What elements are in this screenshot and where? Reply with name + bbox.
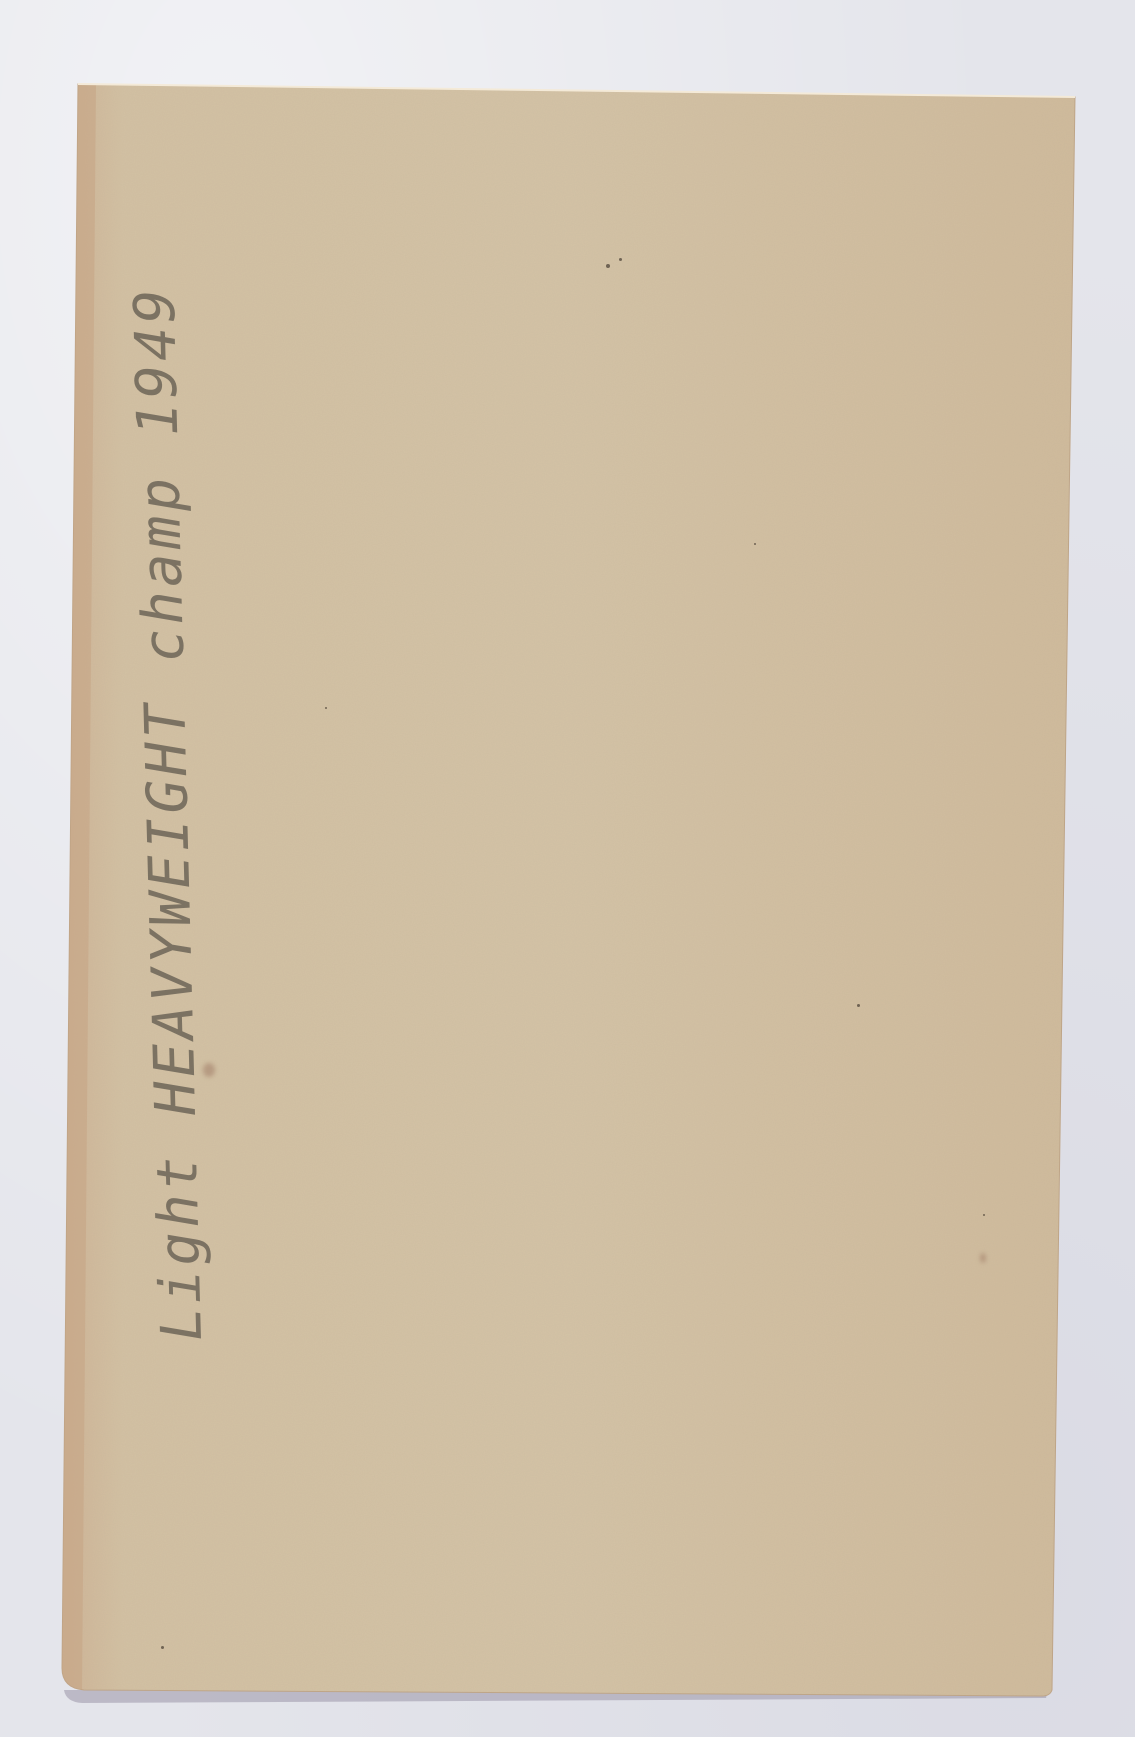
- card-back: Light HEAVYWEIGHT champ 1949: [0, 0, 1135, 1737]
- paper-speck: [754, 543, 756, 545]
- paper-speck: [983, 1214, 985, 1216]
- paper-speck: [619, 258, 622, 261]
- paper-stain: [980, 1253, 986, 1263]
- paper-speck: [161, 1646, 164, 1649]
- paper-speck: [606, 264, 610, 268]
- paper-speck: [857, 1004, 860, 1007]
- paper-speck: [325, 707, 327, 709]
